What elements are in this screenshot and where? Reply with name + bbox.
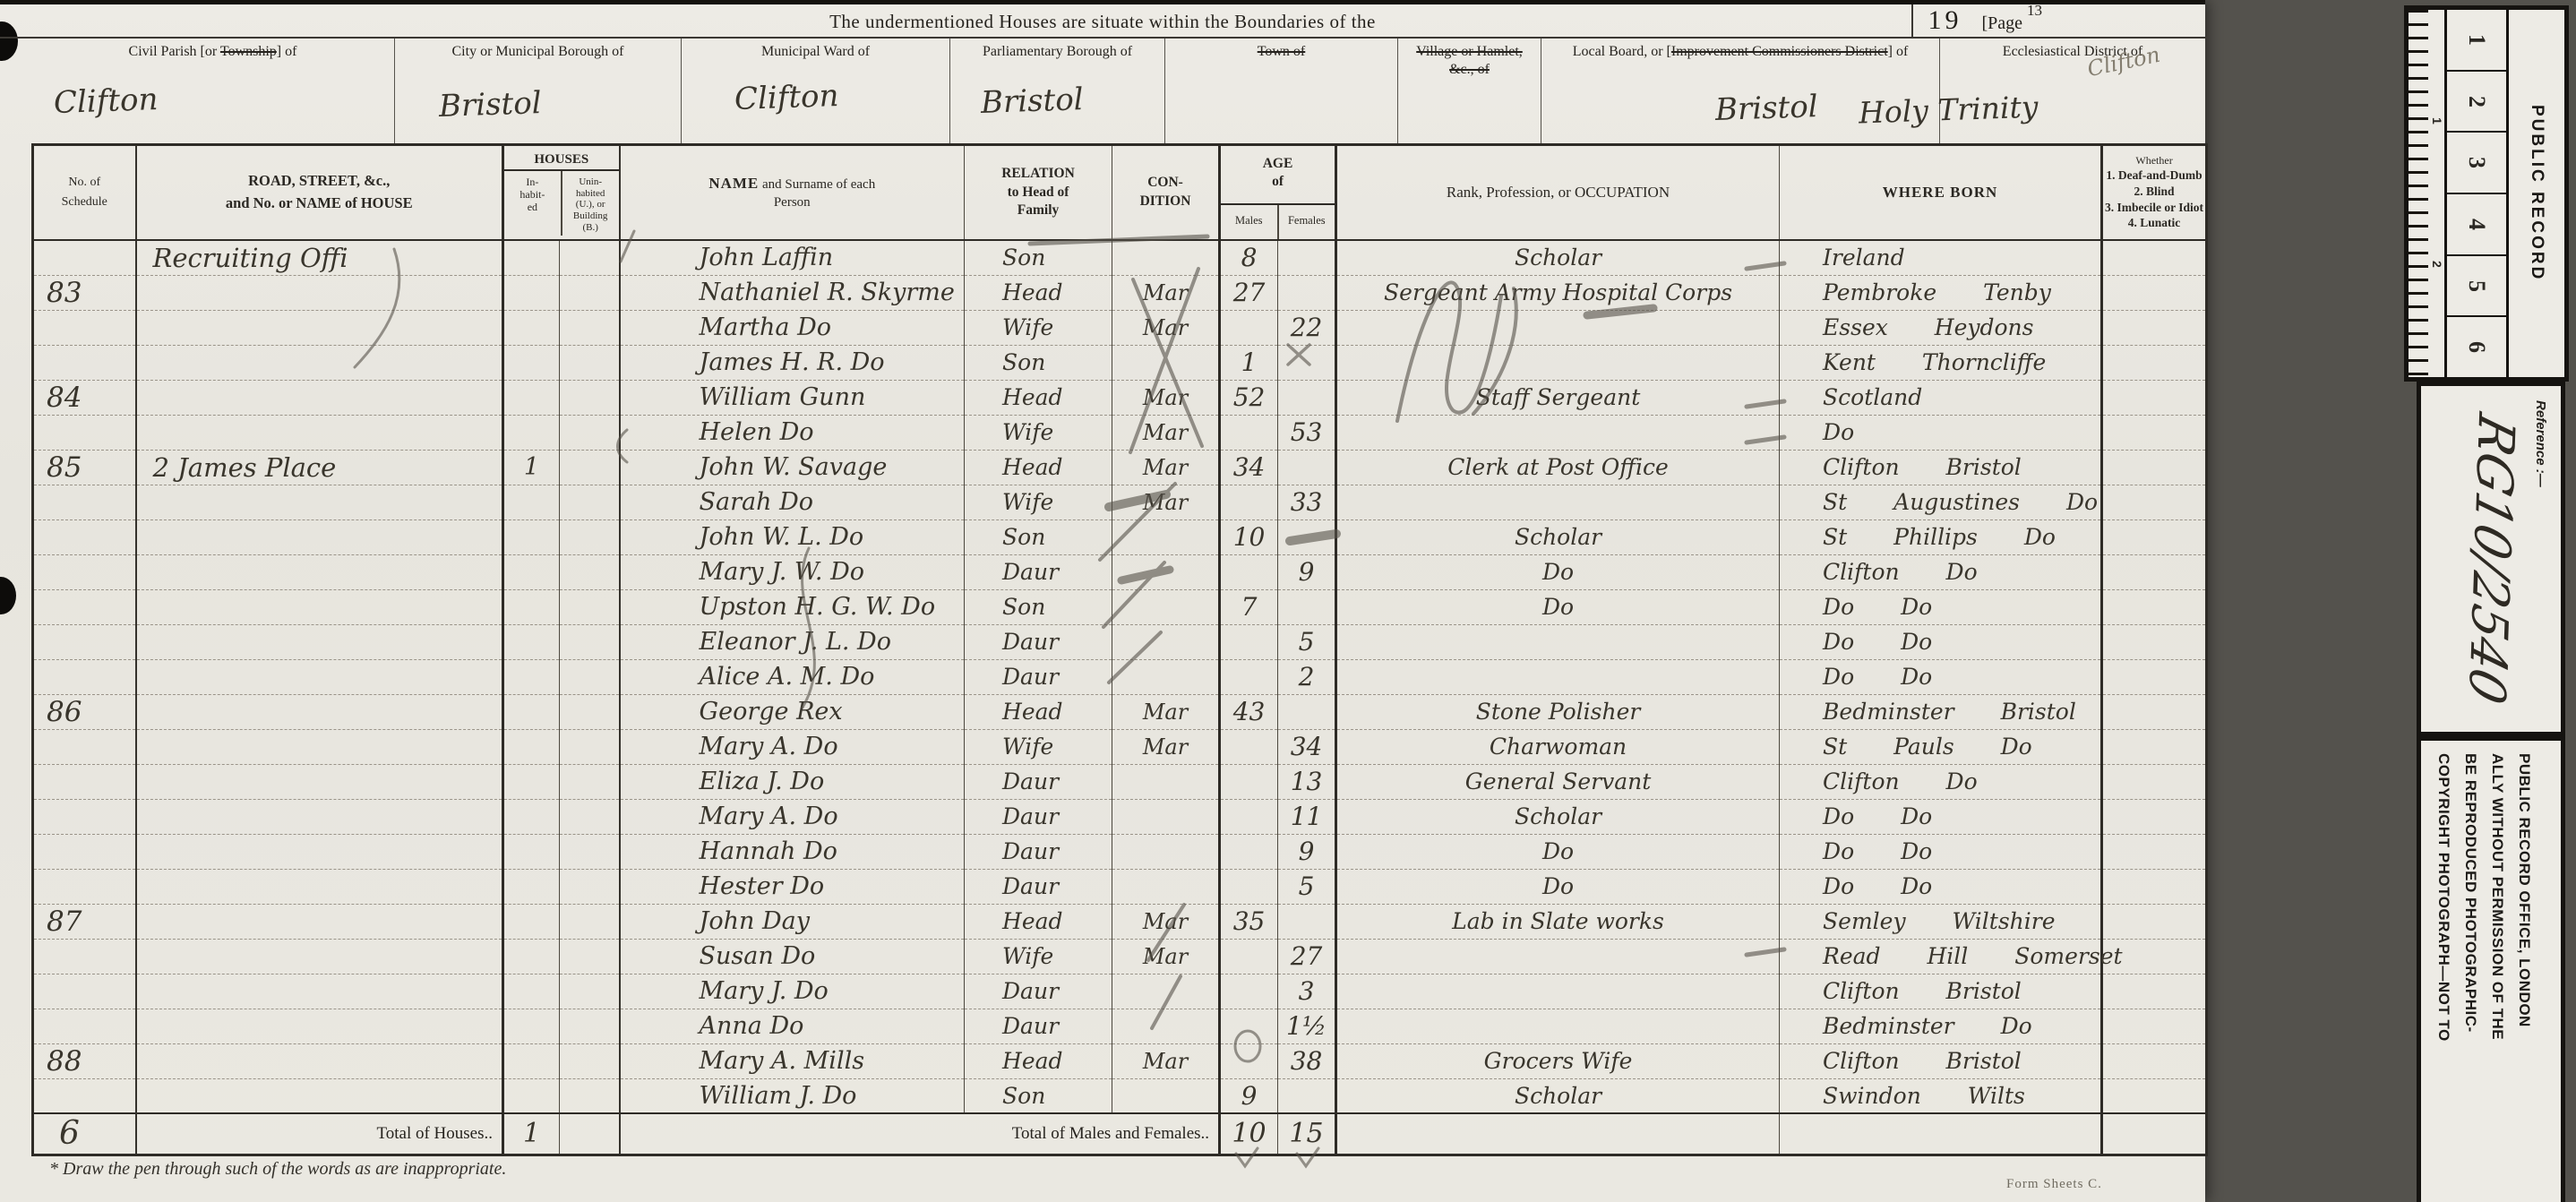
- cell-occupation: [1336, 974, 1780, 1009]
- cell-occupation: Do: [1336, 869, 1780, 904]
- cell-road: [136, 1009, 503, 1043]
- header-infirmity-item: 1. Deaf-and-Dumb: [2103, 167, 2205, 184]
- header-name: NAME and Surname of each Person: [620, 145, 965, 241]
- cell-condition: Mar: [1112, 485, 1220, 519]
- copyright-line: BE REPRODUCED PHOTOGRAPHIC-: [2457, 753, 2484, 1189]
- cell-road: [136, 589, 503, 624]
- cell-relation: Wife: [965, 310, 1112, 345]
- cell-schedule: [33, 345, 136, 380]
- cell-name: John Laffin: [620, 240, 965, 275]
- cell-relation: Son: [965, 345, 1112, 380]
- cell-age-m: 27: [1220, 275, 1278, 310]
- cell-age-f: 5: [1278, 869, 1336, 904]
- cell-inhabited: [503, 694, 560, 729]
- cell-born: Do Do: [1780, 834, 2102, 869]
- cell-road: [136, 345, 503, 380]
- sheet-number: 19: [1928, 5, 1962, 36]
- cell-name: Susan Do: [620, 939, 965, 974]
- cell-infirmity: [2102, 310, 2207, 345]
- cell-uninhabited: [560, 450, 620, 485]
- census-row: Eleanor J. L. DoDaur5Do Do: [33, 624, 2207, 659]
- cell-age-f: 2: [1278, 659, 1336, 694]
- cell-schedule: [33, 310, 136, 345]
- cell-age-f: 53: [1278, 415, 1336, 450]
- copyright-line: ALLY WITHOUT PERMISSION OF THE: [2484, 753, 2511, 1189]
- cell-road: [136, 554, 503, 589]
- district-fields-band: Civil Parish [or Township] of City or Mu…: [31, 39, 2205, 143]
- cell-age-f: 27: [1278, 939, 1336, 974]
- cell-occupation: Do: [1336, 554, 1780, 589]
- total-born-cell: [1780, 1113, 2102, 1155]
- census-row: Mary A. DoWifeMar34CharwomanSt Pauls Do: [33, 729, 2207, 764]
- cell-occupation: [1336, 624, 1780, 659]
- cell-age-m: [1220, 834, 1278, 869]
- cell-relation: Son: [965, 519, 1112, 554]
- cell-condition: [1112, 974, 1220, 1009]
- cell-age-f: [1278, 1078, 1336, 1113]
- cell-condition: Mar: [1112, 415, 1220, 450]
- header-age: AGE of Males Females: [1220, 145, 1336, 241]
- cell-relation: Son: [965, 1078, 1112, 1113]
- total-schedules: 6: [33, 1113, 136, 1155]
- cell-born: Kent Thorncliffe: [1780, 345, 2102, 380]
- cell-schedule: 87: [33, 904, 136, 939]
- cell-inhabited: [503, 659, 560, 694]
- cell-occupation: Grocers Wife: [1336, 1043, 1780, 1078]
- cell-name: George Rex: [620, 694, 965, 729]
- cell-age-m: [1220, 869, 1278, 904]
- cell-name: Anna Do: [620, 1009, 965, 1043]
- cell-born: Clifton Bristol: [1780, 974, 2102, 1009]
- cell-infirmity: [2102, 1043, 2207, 1078]
- cell-uninhabited: [560, 345, 620, 380]
- cell-uninhabited: [560, 624, 620, 659]
- cell-inhabited: [503, 624, 560, 659]
- cell-name: Mary A. Do: [620, 729, 965, 764]
- cell-relation: Daur: [965, 659, 1112, 694]
- cell-inhabited: [503, 904, 560, 939]
- cell-age-m: 8: [1220, 240, 1278, 275]
- cell-born: Do Do: [1780, 624, 2102, 659]
- census-table: No. of Schedule ROAD, STREET, &c., and N…: [31, 143, 2208, 1156]
- census-table-body: Recruiting OffiJohn LaffinSon8ScholarIre…: [33, 240, 2207, 1113]
- cell-born: Do Do: [1780, 869, 2102, 904]
- cell-infirmity: [2102, 764, 2207, 799]
- cell-condition: Mar: [1112, 310, 1220, 345]
- cell-age-f: 9: [1278, 834, 1336, 869]
- header-age-females: Females: [1277, 205, 1335, 239]
- cell-occupation: Scholar: [1336, 1078, 1780, 1113]
- census-row: John W. L. DoSon10ScholarSt Phillips Do: [33, 519, 2207, 554]
- census-row: Mary A. DoDaur11ScholarDo Do: [33, 799, 2207, 834]
- cell-road: [136, 974, 503, 1009]
- cell-age-m: 10: [1220, 519, 1278, 554]
- ruler-numbers: 1 2 3 4 5 6: [2447, 10, 2509, 377]
- cell-age-m: [1220, 554, 1278, 589]
- cell-infirmity: [2102, 1078, 2207, 1113]
- cell-road: [136, 799, 503, 834]
- cell-condition: Mar: [1112, 904, 1220, 939]
- cell-age-f: [1278, 345, 1336, 380]
- total-uninhabited-value: [560, 1113, 620, 1155]
- cell-relation: Daur: [965, 764, 1112, 799]
- census-row: Upston H. G. W. DoSon7DoDo Do: [33, 589, 2207, 624]
- ruler-number: 1: [2447, 10, 2506, 72]
- cell-name: Upston H. G. W. Do: [620, 589, 965, 624]
- cell-name: Alice A. M. Do: [620, 659, 965, 694]
- cell-name: Mary J. W. Do: [620, 554, 965, 589]
- cell-age-m: 7: [1220, 589, 1278, 624]
- cell-infirmity: [2102, 519, 2207, 554]
- cell-born: Read Hill Somerset: [1780, 939, 2102, 974]
- cell-relation: Daur: [965, 554, 1112, 589]
- cell-born: St Pauls Do: [1780, 729, 2102, 764]
- cell-uninhabited: [560, 485, 620, 519]
- cell-age-m: 1: [1220, 345, 1278, 380]
- cell-inhabited: 1: [503, 450, 560, 485]
- cell-schedule: 83: [33, 275, 136, 310]
- cell-relation: Daur: [965, 869, 1112, 904]
- cell-age-f: [1278, 450, 1336, 485]
- census-row: Mary J. DoDaur3Clifton Bristol: [33, 974, 2207, 1009]
- handwritten-ecclesiastical-district: Holy Trinity: [1858, 90, 2039, 131]
- cell-condition: [1112, 1009, 1220, 1043]
- cell-age-m: [1220, 624, 1278, 659]
- cell-uninhabited: [560, 1078, 620, 1113]
- cell-inhabited: [503, 1078, 560, 1113]
- cell-name: Mary A. Mills: [620, 1043, 965, 1078]
- cell-uninhabited: [560, 904, 620, 939]
- cell-name: William J. Do: [620, 1078, 965, 1113]
- cell-infirmity: [2102, 799, 2207, 834]
- ruler-number: 6: [2447, 317, 2506, 377]
- copyright-notice-card: COPYRIGHT PHOTOGRAPH—NOT TO BE REPRODUCE…: [2417, 736, 2565, 1202]
- header-condition: CON- DITION: [1112, 145, 1220, 241]
- cell-condition: Mar: [1112, 275, 1220, 310]
- cell-relation: Son: [965, 240, 1112, 275]
- cell-born: Do Do: [1780, 799, 2102, 834]
- cell-age-m: [1220, 729, 1278, 764]
- census-row: Anna DoDaur1½Bedminster Do: [33, 1009, 2207, 1043]
- header-schedule: No. of Schedule: [33, 145, 136, 241]
- cell-schedule: [33, 659, 136, 694]
- census-row: Mary J. W. DoDaur9DoClifton Do: [33, 554, 2207, 589]
- field-label: Civil Parish [or Township] of: [31, 43, 394, 61]
- cell-inhabited: [503, 834, 560, 869]
- cell-name: Hannah Do: [620, 834, 965, 869]
- public-record-label: PUBLIC RECORD: [2509, 10, 2564, 377]
- page-label: [Page 13: [1981, 8, 2042, 34]
- field-label: Town of: [1165, 43, 1397, 61]
- cell-age-f: [1278, 589, 1336, 624]
- field-label: Ecclesiastical District of: [1940, 43, 2205, 61]
- cell-schedule: 86: [33, 694, 136, 729]
- cell-born: Clifton Bristol: [1780, 1043, 2102, 1078]
- cell-schedule: 88: [33, 1043, 136, 1078]
- cell-schedule: [33, 589, 136, 624]
- cell-age-m: [1220, 659, 1278, 694]
- census-page: The undermentioned Houses are situate wi…: [0, 0, 2205, 1202]
- cell-road: Recruiting Offi: [136, 240, 503, 275]
- cell-inhabited: [503, 764, 560, 799]
- cell-occupation: Lab in Slate works: [1336, 904, 1780, 939]
- cell-born: Do Do: [1780, 589, 2102, 624]
- census-row: 852 James Place1John W. SavageHeadMar34C…: [33, 450, 2207, 485]
- cell-age-f: 33: [1278, 485, 1336, 519]
- cell-occupation: Sergeant Army Hospital Corps: [1336, 275, 1780, 310]
- cell-age-m: [1220, 1009, 1278, 1043]
- cell-inhabited: [503, 869, 560, 904]
- cell-name: William Gunn: [620, 380, 965, 415]
- cell-uninhabited: [560, 729, 620, 764]
- cell-relation: Head: [965, 275, 1112, 310]
- cell-age-m: [1220, 1043, 1278, 1078]
- cell-schedule: [33, 485, 136, 519]
- cell-age-m: [1220, 764, 1278, 799]
- total-females-value: 15: [1278, 1113, 1336, 1155]
- cell-born: Clifton Bristol: [1780, 450, 2102, 485]
- ruler-number: 5: [2447, 256, 2506, 318]
- header-infirmity-item: 2. Blind: [2103, 184, 2205, 200]
- cell-age-f: 34: [1278, 729, 1336, 764]
- cell-schedule: [33, 519, 136, 554]
- cell-infirmity: [2102, 380, 2207, 415]
- header-where-born: WHERE BORN: [1780, 145, 2102, 241]
- cell-schedule: [33, 624, 136, 659]
- cell-uninhabited: [560, 415, 620, 450]
- cell-relation: Wife: [965, 729, 1112, 764]
- cell-occupation: [1336, 345, 1780, 380]
- cell-infirmity: [2102, 624, 2207, 659]
- cell-occupation: Scholar: [1336, 519, 1780, 554]
- cell-condition: [1112, 345, 1220, 380]
- cell-age-m: 34: [1220, 450, 1278, 485]
- cell-road: [136, 624, 503, 659]
- cell-inhabited: [503, 240, 560, 275]
- cell-name: Martha Do: [620, 310, 965, 345]
- cell-born: Semley Wiltshire: [1780, 904, 2102, 939]
- header-relation: RELATION to Head of Family: [965, 145, 1112, 241]
- cell-uninhabited: [560, 310, 620, 345]
- total-males-value: 10: [1220, 1113, 1278, 1155]
- cell-age-m: [1220, 485, 1278, 519]
- cell-uninhabited: [560, 799, 620, 834]
- cell-born: St Augustines Do: [1780, 485, 2102, 519]
- cell-uninhabited: [560, 519, 620, 554]
- cell-schedule: 84: [33, 380, 136, 415]
- cell-infirmity: [2102, 834, 2207, 869]
- cell-age-m: [1220, 974, 1278, 1009]
- cell-occupation: [1336, 310, 1780, 345]
- cell-inhabited: [503, 380, 560, 415]
- header-infirmity: Whether 1. Deaf-and-Dumb 2. Blind 3. Imb…: [2102, 145, 2207, 241]
- census-row: Alice A. M. DoDaur2Do Do: [33, 659, 2207, 694]
- cell-inhabited: [503, 415, 560, 450]
- cell-condition: [1112, 554, 1220, 589]
- header-houses: HOUSES In- habit- ed Unin- habited (U.),…: [503, 145, 620, 241]
- cell-schedule: [33, 764, 136, 799]
- total-males-females-label: Total of Males and Females..: [620, 1113, 1220, 1155]
- header-inhabited: In- habit- ed: [504, 171, 561, 236]
- cell-schedule: [33, 939, 136, 974]
- binding-hole: [0, 577, 16, 614]
- cell-age-m: 9: [1220, 1078, 1278, 1113]
- cell-relation: Head: [965, 450, 1112, 485]
- cell-born: Do: [1780, 415, 2102, 450]
- census-row: Sarah DoWifeMar33St Augustines Do: [33, 485, 2207, 519]
- cell-schedule: [33, 729, 136, 764]
- photo-scale-ruler-card: 1 2 1 2 3 4 5 6 PUBLIC RECORD: [2404, 5, 2569, 382]
- cell-infirmity: [2102, 554, 2207, 589]
- cell-born: Ireland: [1780, 240, 2102, 275]
- cell-schedule: [33, 415, 136, 450]
- cell-name: Sarah Do: [620, 485, 965, 519]
- cell-relation: Wife: [965, 939, 1112, 974]
- totals-row: 6 Total of Houses.. 1 Total of Males and…: [33, 1113, 2207, 1155]
- census-row: 84William GunnHeadMar52Staff SergeantSco…: [33, 380, 2207, 415]
- cell-relation: Head: [965, 694, 1112, 729]
- cell-uninhabited: [560, 974, 620, 1009]
- cell-name: Eleanor J. L. Do: [620, 624, 965, 659]
- cell-uninhabited: [560, 1009, 620, 1043]
- handwritten-civil-parish: Clifton: [53, 82, 159, 121]
- cell-age-m: 35: [1220, 904, 1278, 939]
- cell-name: James H. R. Do: [620, 345, 965, 380]
- cell-age-f: 11: [1278, 799, 1336, 834]
- cell-condition: [1112, 869, 1220, 904]
- cell-uninhabited: [560, 240, 620, 275]
- cell-born: Bedminster Bristol: [1780, 694, 2102, 729]
- cell-born: Scotland: [1780, 380, 2102, 415]
- cell-name: Hester Do: [620, 869, 965, 904]
- cell-age-f: 22: [1278, 310, 1336, 345]
- cell-inhabited: [503, 729, 560, 764]
- cell-name: John W. Savage: [620, 450, 965, 485]
- page-number-box: 19 [Page 13: [1911, 4, 2042, 37]
- handwritten-local-board: Bristol: [1714, 89, 1818, 128]
- cell-schedule: [33, 799, 136, 834]
- cell-inhabited: [503, 519, 560, 554]
- cell-age-f: [1278, 240, 1336, 275]
- cell-born: Clifton Do: [1780, 554, 2102, 589]
- ruler-number: 3: [2447, 133, 2506, 194]
- ruler-ticks: 1 2: [2409, 10, 2447, 377]
- census-row: 88Mary A. MillsHeadMar38Grocers WifeClif…: [33, 1043, 2207, 1078]
- title-band: The undermentioned Houses are situate wi…: [0, 4, 2205, 39]
- cell-inhabited: [503, 799, 560, 834]
- cell-inhabited: [503, 345, 560, 380]
- cell-schedule: [33, 974, 136, 1009]
- copyright-text: COPYRIGHT PHOTOGRAPH—NOT TO BE REPRODUCE…: [2430, 753, 2537, 1189]
- cell-condition: [1112, 659, 1220, 694]
- handwritten-municipal-borough: Bristol: [438, 85, 542, 124]
- cell-age-m: [1220, 310, 1278, 345]
- cell-inhabited: [503, 275, 560, 310]
- page-title: The undermentioned Houses are situate wi…: [0, 11, 2205, 33]
- cell-age-f: 1½: [1278, 1009, 1336, 1043]
- cell-condition: [1112, 519, 1220, 554]
- header-uninhabited: Unin- habited (U.), or Building (B.): [561, 171, 619, 236]
- cell-name: Mary J. Do: [620, 974, 965, 1009]
- census-row: James H. R. DoSon1Kent Thorncliffe: [33, 345, 2207, 380]
- cell-inhabited: [503, 1043, 560, 1078]
- ruler-side-number: 2: [2430, 261, 2444, 268]
- cell-age-m: 43: [1220, 694, 1278, 729]
- table-header-row: No. of Schedule ROAD, STREET, &c., and N…: [33, 145, 2207, 241]
- cell-name: John W. L. Do: [620, 519, 965, 554]
- cell-occupation: General Servant: [1336, 764, 1780, 799]
- cell-schedule: [33, 869, 136, 904]
- cell-occupation: Charwoman: [1336, 729, 1780, 764]
- cell-schedule: [33, 1078, 136, 1113]
- cell-condition: [1112, 799, 1220, 834]
- cell-uninhabited: [560, 589, 620, 624]
- cell-road: [136, 415, 503, 450]
- cell-age-f: [1278, 904, 1336, 939]
- copyright-line: PUBLIC RECORD OFFICE, LONDON: [2511, 753, 2537, 1189]
- cell-born: Bedminster Do: [1780, 1009, 2102, 1043]
- cell-road: [136, 904, 503, 939]
- cell-infirmity: [2102, 1009, 2207, 1043]
- cell-infirmity: [2102, 345, 2207, 380]
- cell-road: 2 James Place: [136, 450, 503, 485]
- cell-relation: Daur: [965, 974, 1112, 1009]
- cell-born: Clifton Do: [1780, 764, 2102, 799]
- census-row: Hannah DoDaur9DoDo Do: [33, 834, 2207, 869]
- header-infirmity-item: 3. Imbecile or Idiot: [2103, 200, 2205, 216]
- cell-occupation: Scholar: [1336, 799, 1780, 834]
- cell-road: [136, 1078, 503, 1113]
- header-houses-group: HOUSES: [504, 150, 619, 171]
- cell-name: Nathaniel R. Skyrme: [620, 275, 965, 310]
- cell-road: [136, 869, 503, 904]
- cell-schedule: [33, 240, 136, 275]
- cell-age-f: 3: [1278, 974, 1336, 1009]
- cell-name: Helen Do: [620, 415, 965, 450]
- cell-age-m: 52: [1220, 380, 1278, 415]
- cell-schedule: 85: [33, 450, 136, 485]
- census-row: Susan DoWifeMar27Read Hill Somerset: [33, 939, 2207, 974]
- ruler-number: 4: [2447, 194, 2506, 256]
- form-code: Form Sheets C.: [2006, 1177, 2102, 1192]
- cell-infirmity: [2102, 659, 2207, 694]
- cell-relation: Daur: [965, 799, 1112, 834]
- cell-infirmity: [2102, 974, 2207, 1009]
- field-village-hamlet: Village or Hamlet, &c., of: [1397, 39, 1541, 143]
- cell-occupation: [1336, 939, 1780, 974]
- cell-road: [136, 310, 503, 345]
- header-infirmity-whether: Whether: [2103, 154, 2205, 167]
- cell-road: [136, 834, 503, 869]
- cell-infirmity: [2102, 450, 2207, 485]
- cell-road: [136, 939, 503, 974]
- cell-born: Essex Heydons: [1780, 310, 2102, 345]
- field-label: City or Municipal Borough of: [395, 43, 681, 61]
- cell-occupation: Scholar: [1336, 240, 1780, 275]
- cell-uninhabited: [560, 834, 620, 869]
- cell-age-f: 38: [1278, 1043, 1336, 1078]
- cell-uninhabited: [560, 694, 620, 729]
- ruler-number: 2: [2447, 72, 2506, 133]
- cell-relation: Son: [965, 589, 1112, 624]
- cell-condition: Mar: [1112, 694, 1220, 729]
- census-row: 83Nathaniel R. SkyrmeHeadMar27Sergeant A…: [33, 275, 2207, 310]
- census-row: Hester DoDaur5DoDo Do: [33, 869, 2207, 904]
- cell-road: [136, 694, 503, 729]
- total-houses-label: Total of Houses..: [136, 1113, 503, 1155]
- cell-inhabited: [503, 310, 560, 345]
- census-row: Eliza J. DoDaur13General ServantClifton …: [33, 764, 2207, 799]
